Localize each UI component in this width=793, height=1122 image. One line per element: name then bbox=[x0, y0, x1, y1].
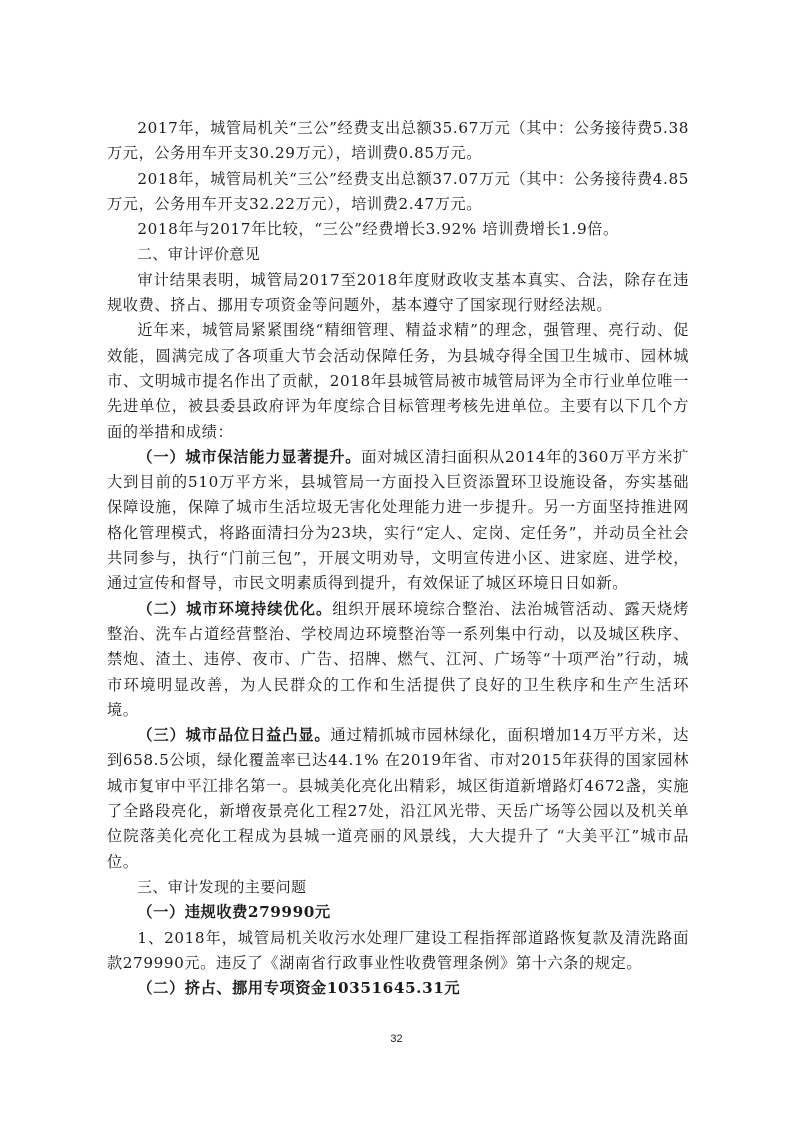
paragraph-2017-expenses: 2017年，城管局机关“三公”经费支出总额35.67万元（其中：公务接待费5.3… bbox=[107, 116, 689, 167]
item-3-title: （三）城市品位日益凸显。 bbox=[137, 726, 330, 744]
paragraph-item-3: （三）城市品位日益凸显。通过精抓城市园林绿化，面积增加14万平方米，达到658.… bbox=[107, 723, 689, 875]
document-page: 2017年，城管局机关“三公”经费支出总额35.67万元（其中：公务接待费5.3… bbox=[107, 116, 689, 1001]
paragraph-2018-expenses: 2018年，城管局机关“三公”经费支出总额37.07万元（其中：公务接待费4.8… bbox=[107, 167, 689, 218]
item-2-title: （二）城市环境持续优化。 bbox=[137, 600, 332, 618]
paragraph-issue-1: 1、2018年，城管局机关收污水处理厂建设工程指挥部道路恢复款及清洗路面款279… bbox=[107, 926, 689, 977]
section-heading-main-issues: 三、审计发现的主要问题 bbox=[107, 875, 689, 900]
paragraph-recent-years: 近年来，城管局紧紧围绕“精细管理、精益求精”的理念，强管理、亮行动、促效能，圆满… bbox=[107, 318, 689, 444]
paragraph-item-1: （一）城市保洁能力显著提升。面对城区清扫面积从2014年的360万平方米扩大到目… bbox=[107, 445, 689, 597]
paragraph-comparison: 2018年与2017年比较，“三公”经费增长3.92% 培训费增长1.9倍。 bbox=[107, 217, 689, 242]
issue-1-heading: （一）违规收费279990元 bbox=[107, 900, 689, 925]
paragraph-audit-result: 审计结果表明，城管局2017至2018年度财政收支基本真实、合法，除存在违规收费… bbox=[107, 268, 689, 319]
item-1-body: 面对城区清扫面积从2014年的360万平方米扩大到目前的510万平方米，县城管局… bbox=[107, 448, 689, 592]
page-number: 32 bbox=[0, 1033, 793, 1045]
issue-2-heading: （二）挤占、挪用专项资金10351645.31元 bbox=[107, 976, 689, 1001]
item-3-body: 通过精抓城市园林绿化，面积增加14万平方米，达到658.5公顷，绿化覆盖率已达4… bbox=[107, 726, 689, 870]
section-heading-audit-evaluation: 二、审计评价意见 bbox=[107, 242, 689, 267]
item-1-title: （一）城市保洁能力显著提升。 bbox=[137, 448, 361, 466]
paragraph-item-2: （二）城市环境持续优化。组织开展环境综合整治、法治城管活动、露天烧烤整治、洗车占… bbox=[107, 597, 689, 723]
